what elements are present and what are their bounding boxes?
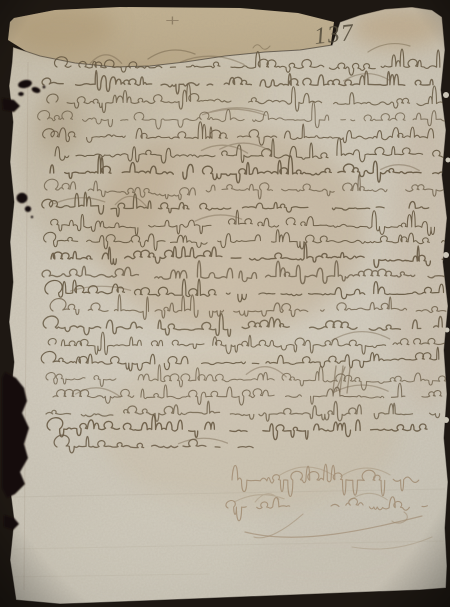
manuscript-scene: + 137 — [0, 0, 450, 607]
vignette — [0, 0, 450, 607]
manuscript-photograph: + 137 — [0, 0, 450, 607]
